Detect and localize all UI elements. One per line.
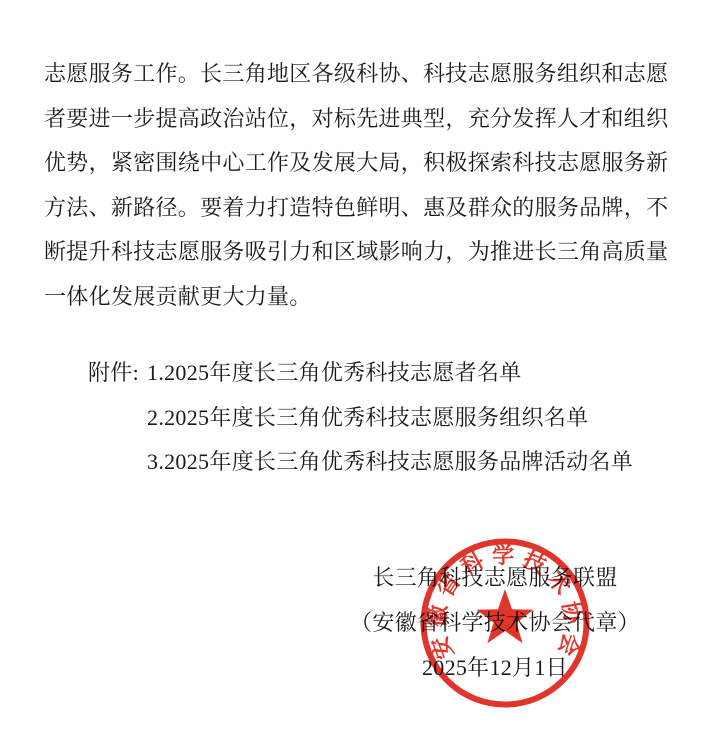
document-page: 志愿服务工作。长三角地区各级科协、科技志愿服务组织和志愿 者要进一步提高政治站位… xyxy=(0,0,710,735)
attachments-block: 附件: 1.2025年度长三角优秀科技志愿者名单 2.2025年度长三角优秀科技… xyxy=(88,351,633,485)
body-line: 优势，紧密围绕中心工作及发展大局，积极探索科技志愿服务新 xyxy=(44,141,672,186)
attachments-list: 1.2025年度长三角优秀科技志愿者名单 2.2025年度长三角优秀科技志愿服务… xyxy=(147,351,633,485)
signature-date: 2025年12月1日 xyxy=(325,645,665,690)
body-line: 志愿服务工作。长三角地区各级科协、科技志愿服务组织和志愿 xyxy=(44,52,672,97)
body-paragraph: 志愿服务工作。长三角地区各级科协、科技志愿服务组织和志愿 者要进一步提高政治站位… xyxy=(44,52,672,319)
body-line: 方法、新路径。要着力打造特色鲜明、惠及群众的服务品牌，不 xyxy=(44,186,672,231)
signature-note: （安徽省科学技术协会代章） xyxy=(325,600,665,645)
attachment-item: 2.2025年度长三角优秀科技志愿服务组织名单 xyxy=(147,396,633,441)
attachment-item: 3.2025年度长三角优秀科技志愿服务品牌活动名单 xyxy=(147,440,633,485)
attachments-label: 附件: xyxy=(88,351,139,396)
body-line: 一体化发展贡献更大力量。 xyxy=(44,275,672,320)
body-line: 者要进一步提高政治站位，对标先进典型，充分发挥人才和组织 xyxy=(44,97,672,142)
attachment-item: 1.2025年度长三角优秀科技志愿者名单 xyxy=(147,351,633,396)
body-line: 断提升科技志愿服务吸引力和区域影响力，为推进长三角高质量 xyxy=(44,230,672,275)
signature-org: 长三角科技志愿服务联盟 xyxy=(325,555,665,600)
signature-block: 长三角科技志愿服务联盟 （安徽省科学技术协会代章） 2025年12月1日 xyxy=(325,555,665,690)
